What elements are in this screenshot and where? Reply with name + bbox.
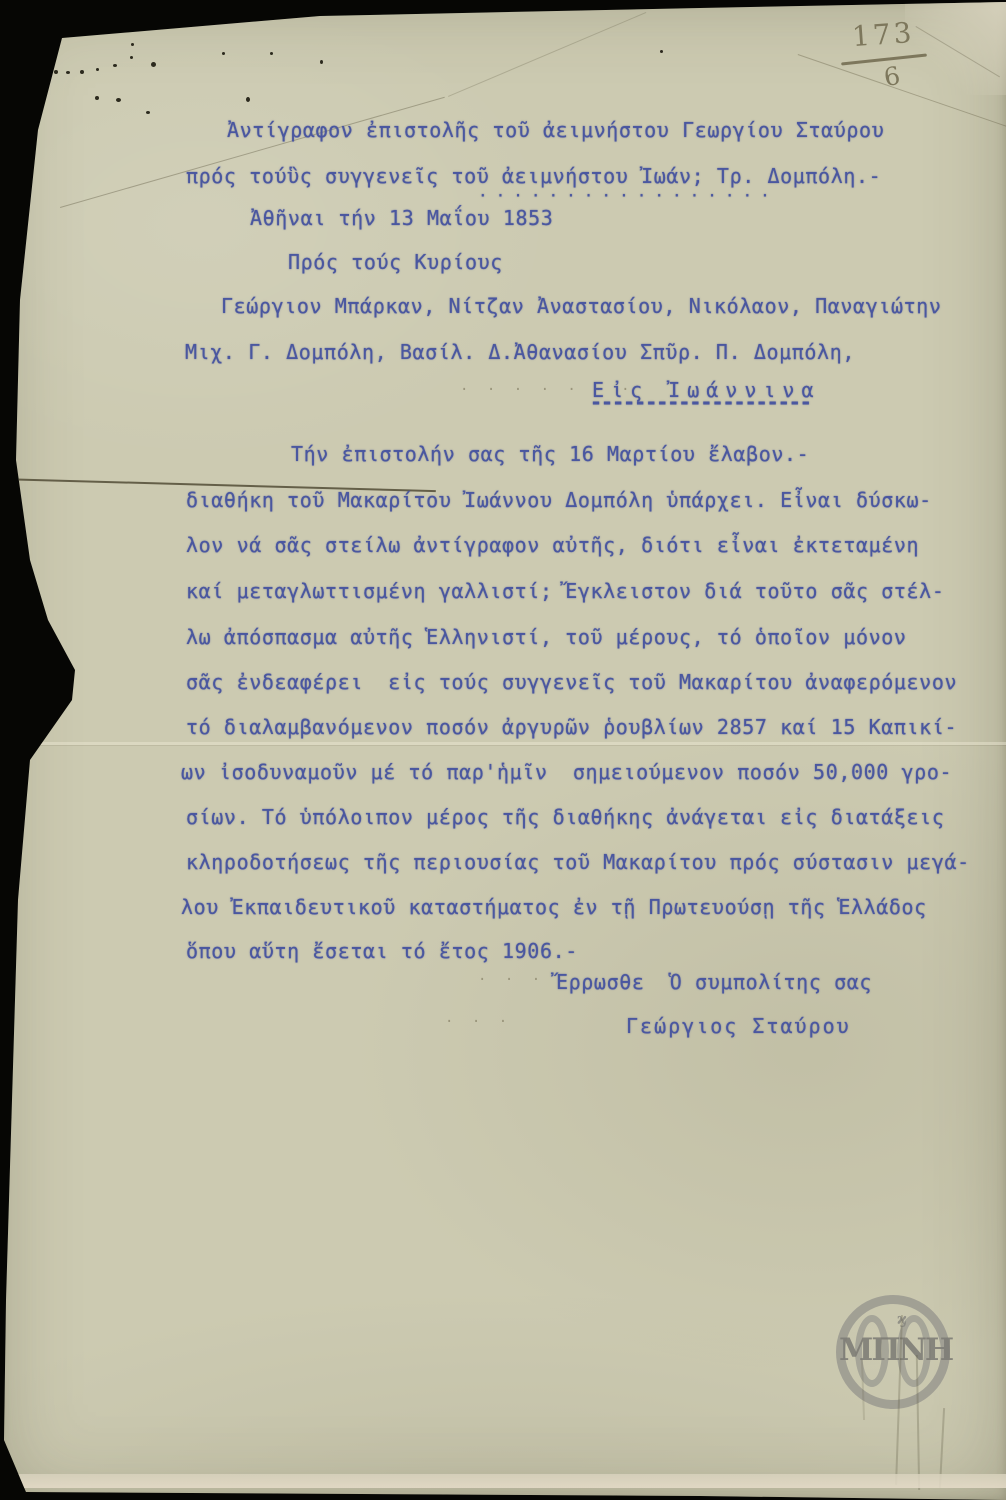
letter-heading-line-2: πρός τούὓς συγγενεῖς τοῦ ἀειμνήστου Ἰωάν… [186, 164, 881, 188]
ink-speckle [113, 64, 117, 67]
faint-dot-marks: · · · [445, 1014, 512, 1030]
heading-dotted-rule: ················· [478, 186, 778, 205]
pencil-page-number: 173 [851, 16, 916, 53]
letter-body-line-11: λου Ἐκπαιδευτικοῦ καταστήματος ἐν τῇ Πρω… [181, 895, 927, 919]
scanned-letter-page: 173 6 Ἀντίγραφον ἐπιστολῆς τοῦ ἀειμνήστο… [0, 0, 1006, 1500]
letter-body-line-9: σίων. Τό ὑπόλοιπον μέρος τῆς διαθήκης ἀν… [186, 805, 944, 829]
stamp-monogram: ΜΠΝΗ [839, 1332, 947, 1368]
crease-line [60, 97, 445, 208]
ink-speckle [146, 111, 150, 114]
destination-dashed-rule: -------------------- [590, 390, 811, 414]
ink-speckle [270, 52, 273, 55]
bottom-page-edge [0, 1474, 1006, 1488]
letter-body-line-1: Τήν ἐπιστολήν σας τῆς 16 Μαρτίου ἔλαβον.… [291, 442, 809, 466]
letter-closing-line: Ἔρρωσθε Ὁ συμπολίτης σας [556, 970, 872, 994]
letter-body-line-3: λον νά σᾶς στείλω ἀντίγραφον αὐτῆς, διότ… [186, 533, 919, 557]
letter-body-line-2: διαθήκη τοῦ Μακαρίτου Ἰωάννου Δομπόλη ὑπ… [186, 488, 932, 512]
letter-body-line-12: ὅπου αὕτη ἔσεται τό ἔτος 1906.- [186, 939, 578, 963]
letter-addressees-line-2: Μιχ. Γ. Δομπόλη, Βασίλ. Δ.Ἀθανασίου Σπῦρ… [185, 340, 855, 364]
paper-sheet: 173 6 Ἀντίγραφον ἐπιστολῆς τοῦ ἀειμνήστο… [0, 0, 1006, 1500]
ink-speckle [80, 70, 84, 74]
letter-body-line-10: κληροδοτήσεως τῆς περιουσίας τοῦ Μακαρίτ… [186, 850, 970, 874]
ink-speckle [660, 50, 663, 53]
ink-speckle [40, 67, 45, 71]
letter-addressees-line-1: Γεώργιον Μπάρκαν, Νίτζαν Ἀναστασίου, Νικ… [221, 294, 942, 318]
corner-fold [905, 0, 1006, 95]
fold-band [0, 745, 1006, 746]
crease-line [448, 12, 646, 97]
letter-body-line-8: ων ἰσοδυναμοῦν μέ τό παρ'ἡμῖν σημειούμεν… [181, 760, 952, 784]
letter-body-line-5: λω ἀπόσπασμα αὐτῆς Ἑλληνιστί, τοῦ μέρους… [186, 625, 907, 649]
ink-speckle [116, 98, 121, 102]
letter-body-line-6: σᾶς ἐνδεαφέρει εἰς τούς συγγενεῖς τοῦ Μα… [186, 670, 957, 694]
letter-signature: Γεώργιος Σταύρου [626, 1014, 851, 1038]
ink-speckle [151, 62, 156, 67]
ink-speckle [222, 52, 225, 55]
ink-speckle [96, 68, 99, 71]
ink-speckle [320, 60, 323, 64]
letter-body-line-4: καί μεταγλωττισμένη γαλλιστί; Ἔγκλειστον… [186, 579, 944, 603]
letter-body-line-7: τό διαλαμβανόμενον ποσόν ἀργυρῶν ῥουβλίω… [186, 715, 957, 739]
ink-speckle [95, 96, 99, 100]
ink-speckle [130, 56, 133, 59]
faint-dot-marks: · · · [478, 972, 545, 988]
letter-salutation-line: Πρός τούς Κυρίους [288, 250, 503, 274]
letter-date-line: Ἀθῆναι τήν 13 Μαΐου 1853 [250, 206, 553, 230]
ink-speckle [66, 71, 70, 74]
ink-speckle [54, 70, 58, 74]
ink-speckle [246, 97, 250, 102]
ink-speckle [131, 43, 134, 46]
letter-heading-line-1: Ἀντίγραφον ἐπιστολῆς τοῦ ἀειμνήστου Γεωρ… [227, 118, 884, 142]
archive-stamp: ϗ ΜΠΝΗ [836, 1295, 950, 1409]
